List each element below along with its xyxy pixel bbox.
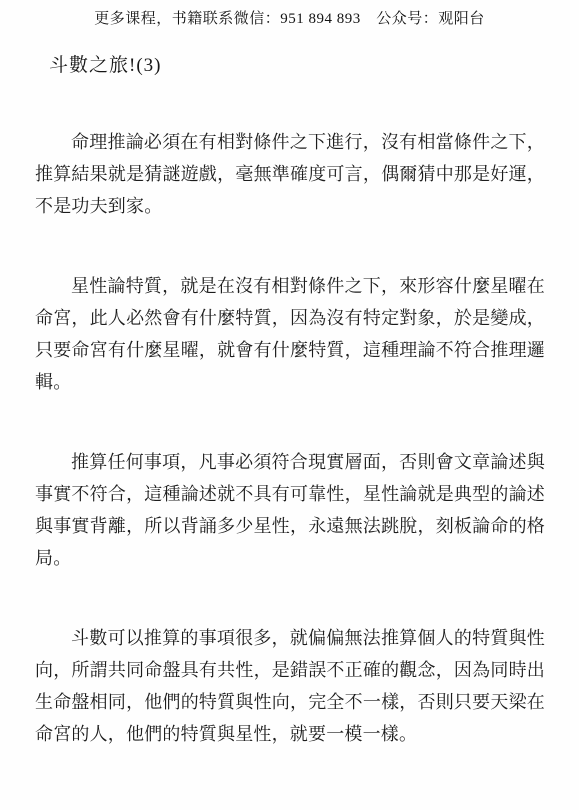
paragraph-2: 星性論特質，就是在沒有相對條件之下，來形容什麼星曜在命宮，此人必然會有什麼特質，… xyxy=(35,270,545,398)
paragraph-4: 斗數可以推算的事項很多，就偏偏無法推算個人的特質與性向，所謂共同命盤具有共性，是… xyxy=(35,622,545,750)
paragraph-1: 命理推論必須在有相對條件之下進行，沒有相當條件之下，推算結果就是猜謎遊戲，毫無準… xyxy=(35,126,545,222)
paragraph-3: 推算任何事項，凡事必須符合現實層面，否則會文章論述與事實不符合，這種論述就不具有… xyxy=(35,446,545,574)
page-header-contact-line: 更多课程，书籍联系微信：951 894 893 公众号：观阳台 xyxy=(0,0,579,28)
document-body: 命理推論必須在有相對條件之下進行，沒有相當條件之下，推算結果就是猜謎遊戲，毫無準… xyxy=(35,126,545,750)
document-page: 更多课程，书籍联系微信：951 894 893 公众号：观阳台 斗數之旅!(3)… xyxy=(0,0,579,810)
page-title: 斗數之旅!(3) xyxy=(49,50,579,77)
